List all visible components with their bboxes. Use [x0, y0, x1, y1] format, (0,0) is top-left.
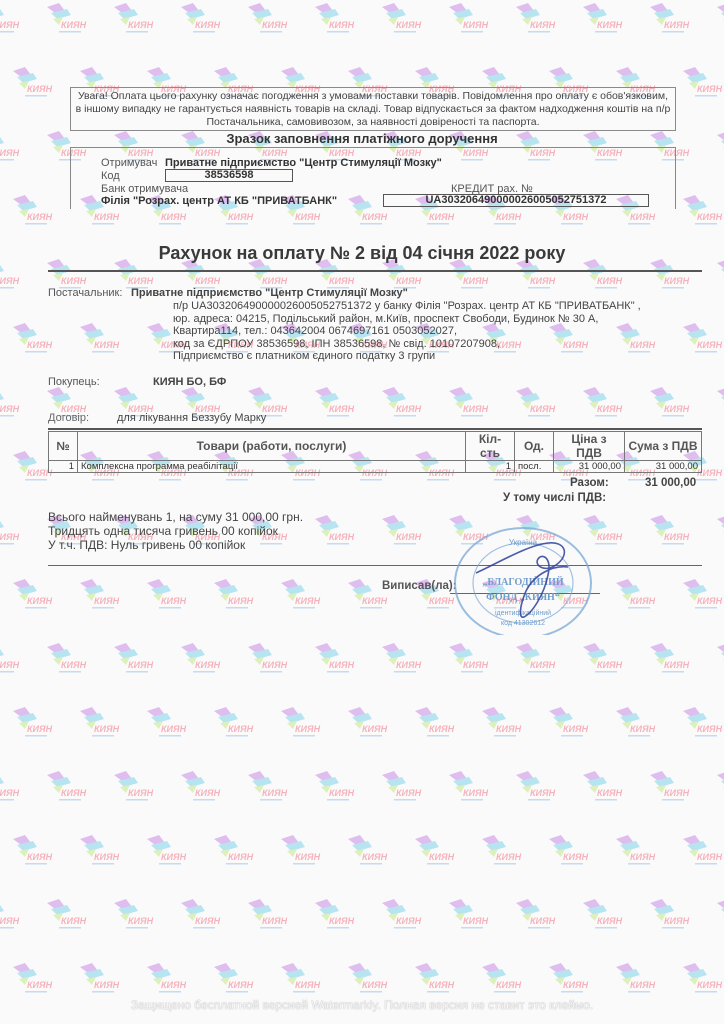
- vat-label: У тому числі ПДВ:: [503, 492, 606, 504]
- total-value: 31 000,00: [645, 477, 696, 489]
- contract-value: для лікування Беззубу Марку: [117, 412, 266, 425]
- code-value: 38536598: [165, 169, 293, 182]
- organization-stamp: Україна „БЛАГОДІЙНИЙ ФОНД „КИЯН“ ідентиф…: [448, 525, 598, 635]
- items-table: № Товари (работи, послуги) Кіл-сть Од. Ц…: [48, 431, 702, 473]
- recipient-name: Приватне підприємство "Центр Стимуляції …: [165, 157, 442, 169]
- table-row: 1 Комплексна программа реабілітації 1 по…: [49, 461, 702, 473]
- invoice-title: Рахунок на оплату № 2 від 04 січня 2022 …: [0, 243, 724, 264]
- credit-account: UA303206490000026005052751372: [383, 194, 649, 207]
- col-qty: Кіл-сть: [466, 432, 515, 461]
- payment-sample-title: Зразок заповнення платіжного доручення: [0, 131, 724, 146]
- summary-items: Всього найменувань 1, на суму 31 000,00 …: [48, 510, 303, 524]
- col-unit: Од.: [515, 432, 554, 461]
- col-goods: Товари (работи, послуги): [78, 432, 466, 461]
- col-number: №: [49, 432, 78, 461]
- signature-divider: [48, 565, 702, 566]
- supplier-label: Постачальник:: [48, 287, 122, 300]
- buyer-name: КИЯН БО, БФ: [153, 376, 226, 389]
- recipient-label: Отримувач: [101, 157, 157, 169]
- summary-vat-words: У т.ч. ПДВ: Нуль гривень 00 копійок: [48, 538, 303, 552]
- bank-label: Банк отримувача: [101, 183, 188, 195]
- table-top-divider: [48, 428, 702, 430]
- row-price: 31 000,00: [554, 461, 625, 473]
- supplier-name: Приватне підприємство "Центр Стимуляції …: [131, 287, 408, 300]
- bank-name: Філія "Розрах. центр АТ КБ "ПРИВАТБАНК": [101, 195, 337, 207]
- code-label: Код: [101, 170, 120, 182]
- supplier-details: п/р UA303206490000026005052751372 у банк…: [173, 300, 641, 363]
- row-qty: 1: [466, 461, 515, 473]
- row-number: 1: [49, 461, 78, 473]
- stamp-line1: „БЛАГОДІЙНИЙ: [482, 576, 564, 588]
- row-item: Комплексна программа реабілітації: [78, 461, 466, 473]
- payment-notice: Увага! Оплата цього рахунку означає пого…: [70, 87, 676, 131]
- table-header-row: № Товари (работи, послуги) Кіл-сть Од. Ц…: [49, 432, 702, 461]
- summary-block: Всього найменувань 1, на суму 31 000,00 …: [48, 510, 303, 552]
- buyer-label: Покупець:: [48, 376, 100, 389]
- stamp-line4: код 41302612: [501, 620, 545, 627]
- invoice-document: Увага! Оплата цього рахунку означає пого…: [0, 0, 724, 1024]
- col-sum: Сума з ПДВ: [625, 432, 702, 461]
- signature-label: Виписав(ла):: [382, 580, 457, 592]
- contract-label: Договір:: [48, 412, 89, 425]
- stamp-line3: ідентифікаційний: [495, 609, 551, 617]
- title-divider: [48, 270, 702, 272]
- row-unit: посл.: [515, 461, 554, 473]
- payment-sample-form: Отримувач Приватне підприємство "Центр С…: [70, 147, 676, 209]
- summary-amount-words: Тридцять одна тисяча гривень 00 копійок: [48, 524, 303, 538]
- col-price: Ціна з ПДВ: [554, 432, 625, 461]
- watermarkly-notice: Защищено бесплатной версией Watermarkly.…: [0, 998, 724, 1012]
- total-label: Разом:: [570, 477, 609, 489]
- row-sum: 31 000,00: [625, 461, 702, 473]
